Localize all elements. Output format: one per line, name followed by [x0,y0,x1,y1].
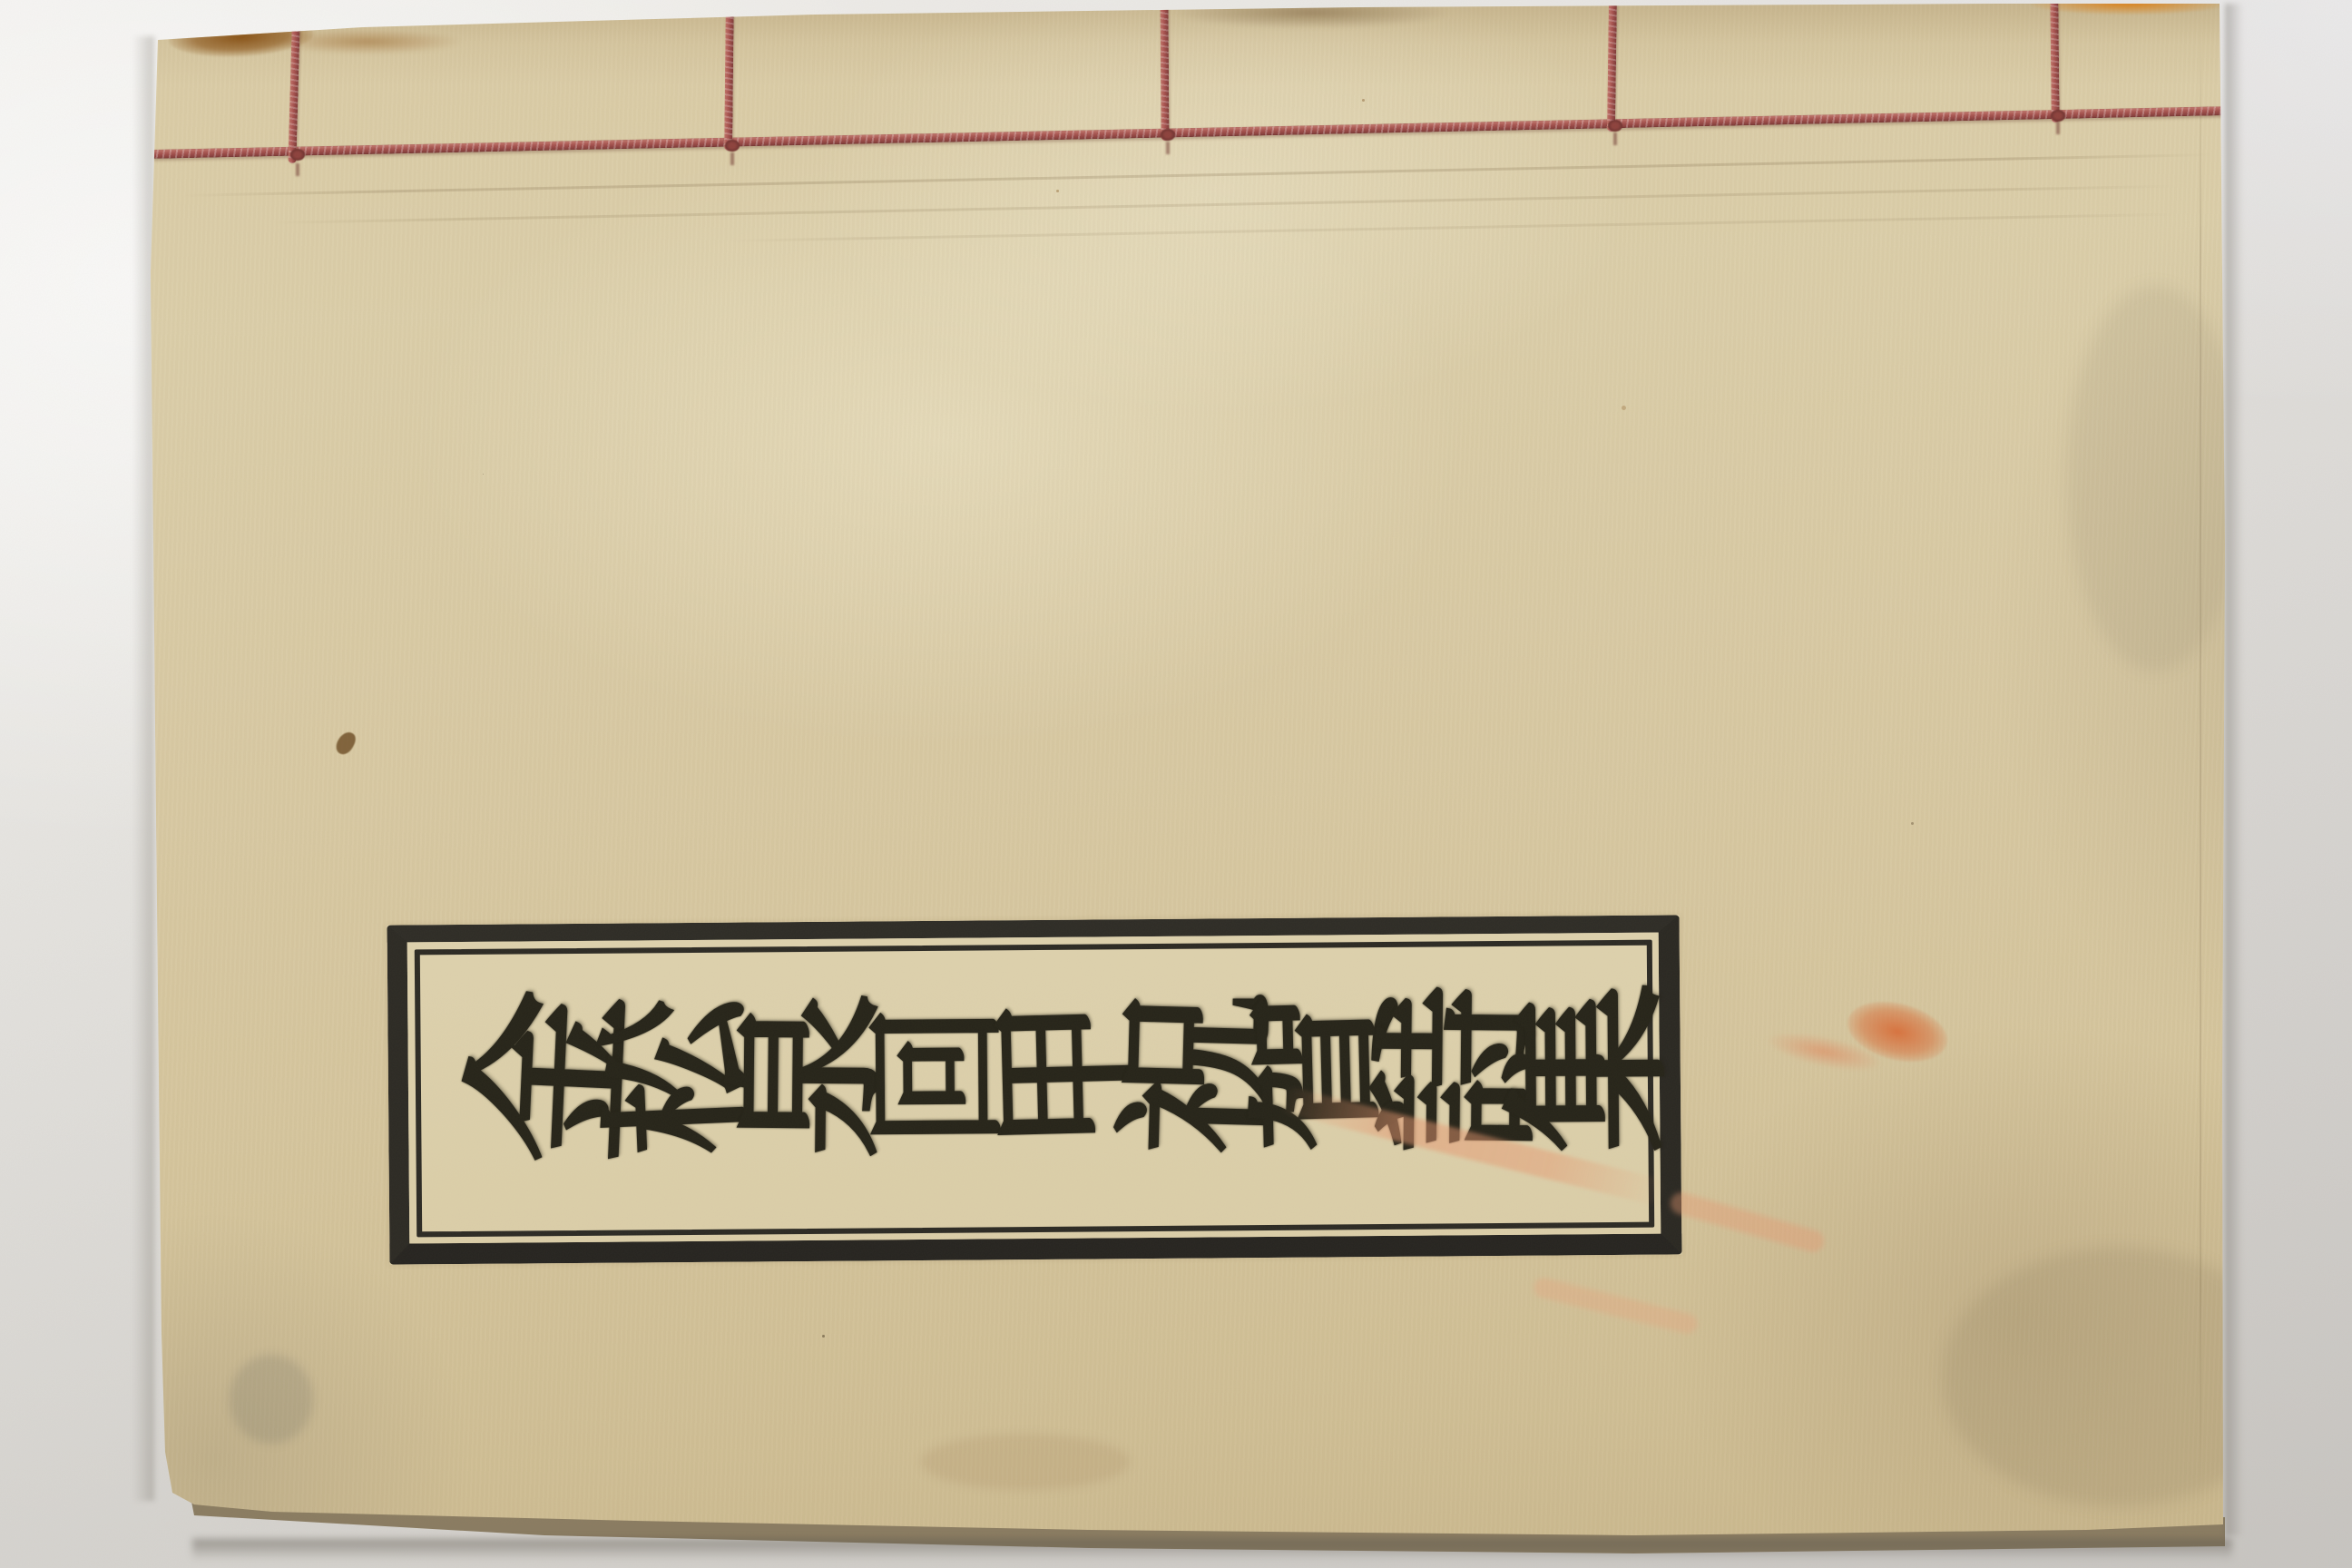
binding-knot [1161,129,1175,141]
binding-thread-fiber [296,163,299,176]
binding-thread-horizontal [151,106,2229,159]
smudge-gray [2067,286,2244,671]
binding-stitch-loop-2 [724,0,734,151]
binding-stitch-loop-5 [2050,0,2059,122]
pink-smudge-streak [1668,1190,1827,1254]
smudge-brown [921,1434,1130,1490]
binding-thread-fiber [1613,132,1617,145]
title-text-row: 金 松 泉 回 甲 祝 賀 詩 集 [483,945,1654,1235]
title-character: 集 [1465,1017,1713,1154]
binding-thread-fiber [730,152,734,165]
photo-scene: 金 松 泉 回 甲 祝 賀 詩 集 [0,0,2352,1568]
book-shadow-left [132,36,154,1501]
book-shadow-right [2225,4,2243,1535]
title-label-frame: 金 松 泉 回 甲 祝 賀 詩 集 [387,915,1682,1264]
binding-stitch-loop-3 [1160,0,1169,141]
binding-stitch-loop-4 [1607,0,1617,132]
book-shadow-bottom [192,1539,2232,1561]
ink-spot [333,729,358,757]
pink-smudge-streak [1532,1276,1700,1336]
smudge-gray [230,1355,313,1444]
crease-line [726,213,2178,242]
binding-knot [290,149,305,161]
binding-thread-fiber [2056,122,2060,134]
binding-thread-fiber [1166,142,1170,154]
binding-knot [2051,110,2065,122]
binding-knot [1608,120,1622,132]
stain-brown-top-left [272,29,463,54]
book-front-cover: 金 松 泉 回 甲 祝 賀 詩 集 [0,0,2352,1568]
binding-knot [725,140,740,152]
